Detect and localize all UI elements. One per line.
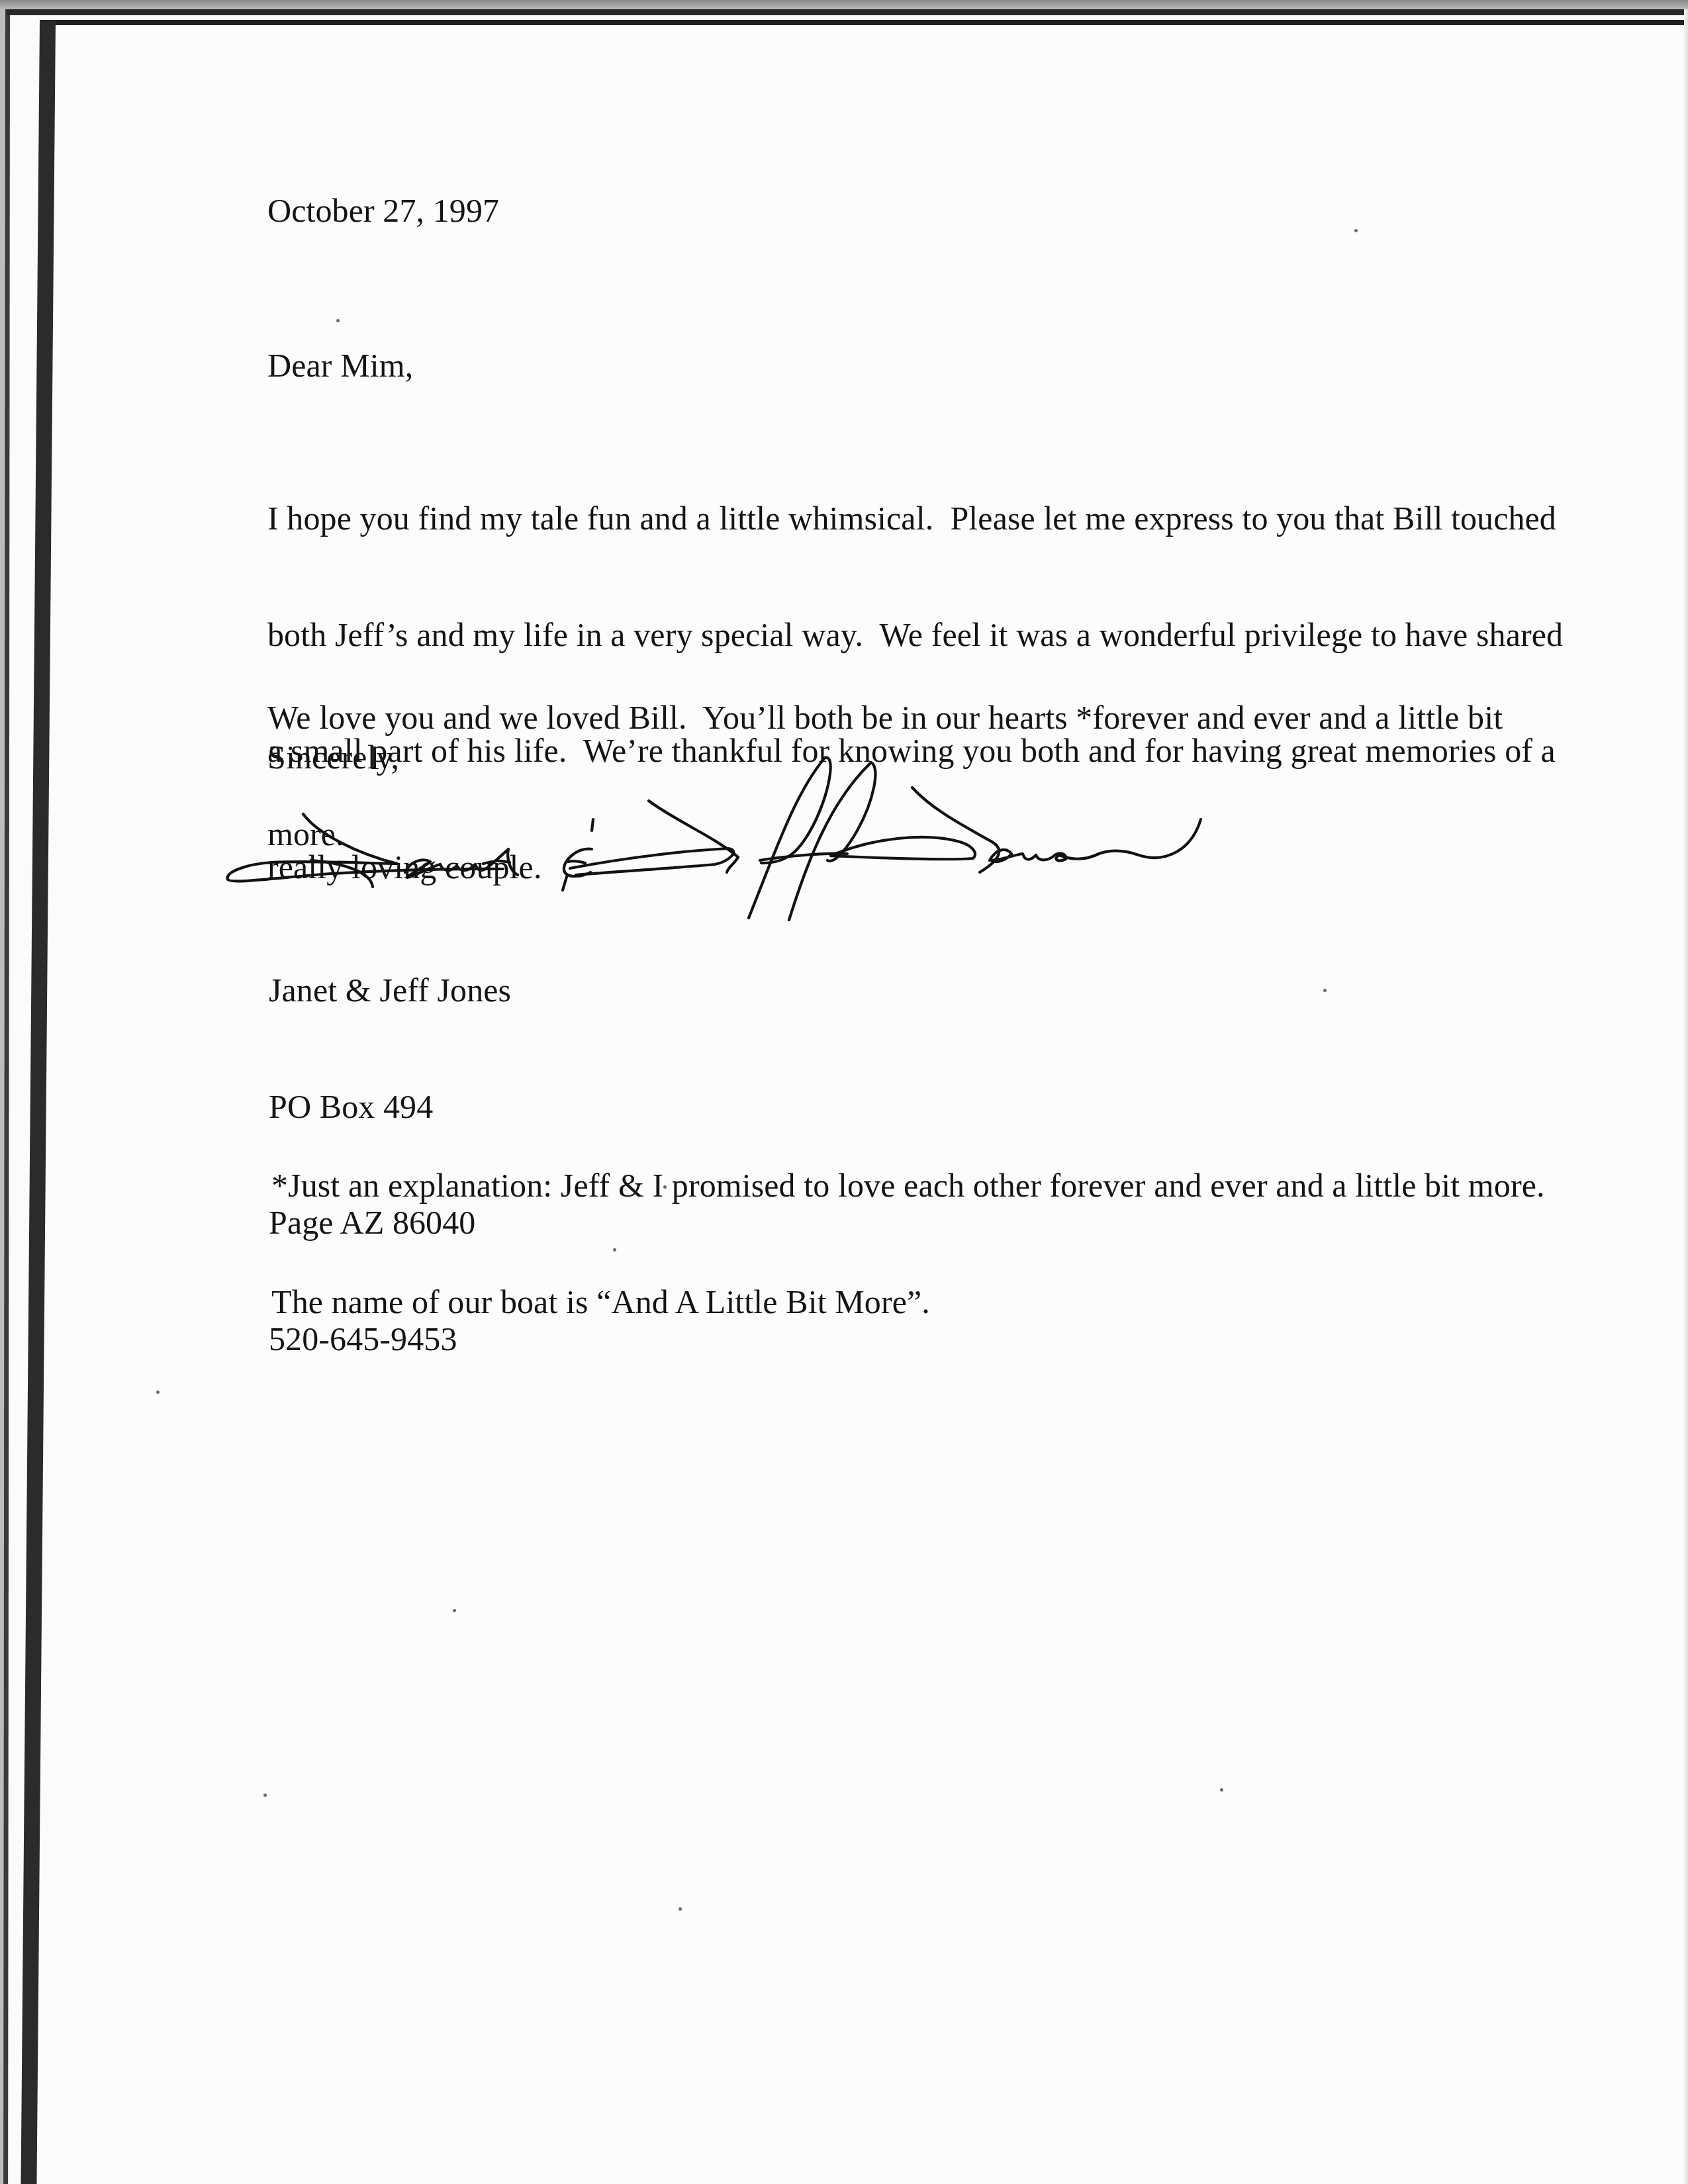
body-paragraph-2: We love you and we loved Bill. You’ll bo…	[267, 621, 1565, 892]
scan-speck	[1220, 1788, 1223, 1792]
scan-speck	[1354, 229, 1358, 232]
scan-speck	[1323, 989, 1327, 992]
scan-speck	[263, 1794, 267, 1797]
scan-right-edge	[1684, 9, 1688, 2184]
page-left-edge-bar	[21, 21, 56, 2184]
scan-speck	[336, 319, 340, 322]
paragraph-line: I hope you find my tale fun and a little…	[267, 499, 1565, 538]
salutation: Dear Mim,	[267, 346, 413, 385]
scan-top-edge-line	[7, 9, 1688, 15]
paragraph-line: We love you and we loved Bill. You’ll bo…	[267, 698, 1565, 737]
scan-top-band	[0, 0, 1688, 9]
sender-name: Janet & Jeff Jones	[269, 971, 511, 1010]
scan-speck	[679, 1907, 682, 1911]
scan-speck	[613, 1248, 616, 1251]
scan-speck	[663, 1185, 667, 1189]
scan-left-edge-line	[3, 9, 10, 2184]
scan-speck	[156, 1390, 160, 1394]
closing: Sincerely,	[267, 738, 399, 777]
page-top-edge	[40, 20, 1688, 25]
paragraph-line: more.	[267, 815, 1565, 854]
footnote: *Just an explanation: Jeff & I promised …	[271, 1089, 1569, 1360]
footnote-line: The name of our boat is “And A Little Bi…	[271, 1283, 1569, 1322]
letter-date: October 27, 1997	[267, 191, 499, 230]
scan-speck	[453, 1609, 456, 1612]
footnote-line: *Just an explanation: Jeff & I promised …	[271, 1166, 1569, 1205]
